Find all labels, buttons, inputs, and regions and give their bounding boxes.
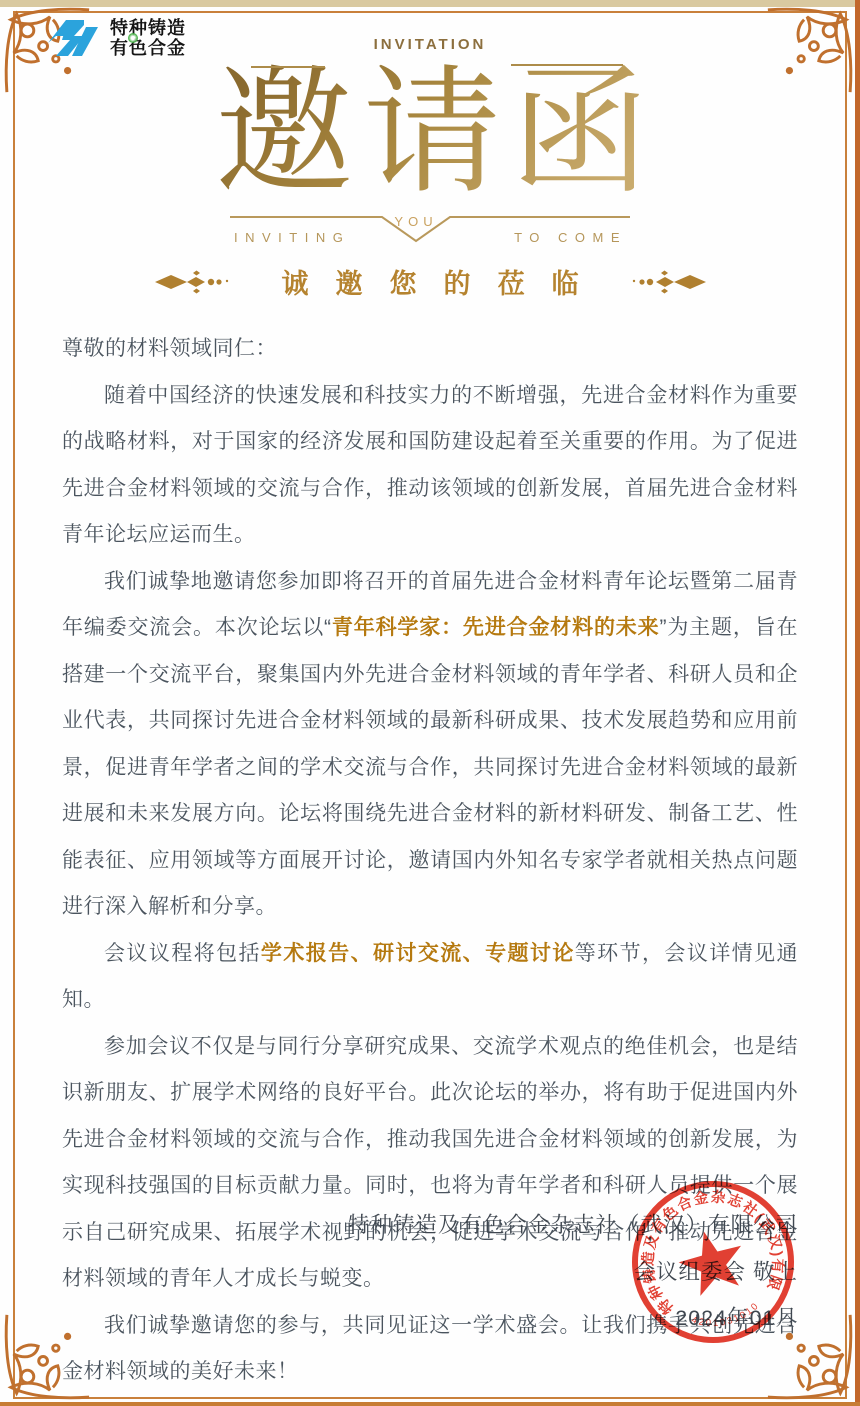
diamond-ornament-icon <box>632 269 708 295</box>
invitation-letter-page: 特种铸造 有色合金 INVITATION 邀请函 INVITING YOU TO… <box>0 0 860 1406</box>
invitation-eyebrow: INVITATION <box>215 36 645 53</box>
highlighted-text: 学术报告、研讨交流、专题讨论 <box>261 942 575 965</box>
title-line-right <box>511 64 623 66</box>
page-title: 邀请函 <box>215 57 645 209</box>
journal-logo: 特种铸造 有色合金 <box>44 16 186 60</box>
subtitle-left-text: INVITING <box>234 230 350 245</box>
page-edge-right <box>855 0 860 1406</box>
diamond-ornament-icon <box>153 269 229 295</box>
logo-green-dot-icon <box>128 33 138 43</box>
logo-mark-icon <box>44 16 102 60</box>
body-text-segment: 会议议程将包括 <box>104 942 261 965</box>
tagline-row: 诚邀您的莅临 <box>0 262 860 301</box>
logo-text-line1: 特种铸造 <box>110 18 186 38</box>
highlighted-text: 青年科学家：先进合金材料的未来 <box>332 616 660 639</box>
salutation: 尊敬的材料领域同仁： <box>62 326 798 373</box>
page-edge-top <box>0 0 860 7</box>
title-line-left <box>251 66 325 68</box>
subtitle-mid-text: YOU <box>394 214 437 229</box>
title-subtitle-banner: INVITING YOU TO COME <box>220 211 640 249</box>
corner-flourish-icon <box>762 4 856 98</box>
body-text-segment: 随着中国经济的快速发展和科技实力的不断增强，先进合金材料作为重要的战略材料，对于… <box>62 384 798 547</box>
seal-star-icon <box>673 1223 751 1299</box>
paragraph: 我们诚挚地邀请您参加即将召开的首届先进合金材料青年论坛暨第二届青年编委交流会。本… <box>62 559 798 931</box>
tagline-text: 诚邀您的莅临 <box>255 262 606 301</box>
logo-text-line2: 有色合金 <box>110 38 186 58</box>
logo-text: 特种铸造 有色合金 <box>110 18 186 58</box>
page-edge-bottom <box>0 1402 860 1406</box>
body-text-segment: ”为主题，旨在搭建一个交流平台，聚集国内外先进合金材料领域的青年学者、科研人员和… <box>62 616 798 918</box>
paragraph: 会议议程将包括学术报告、研讨交流、专题讨论等环节，会议详情见通知。 <box>62 931 798 1024</box>
paragraph: 随着中国经济的快速发展和科技实力的不断增强，先进合金材料作为重要的战略材料，对于… <box>62 373 798 559</box>
title-block: INVITATION 邀请函 INVITING YOU TO COME <box>215 36 645 249</box>
subtitle-right-text: TO COME <box>514 230 627 245</box>
